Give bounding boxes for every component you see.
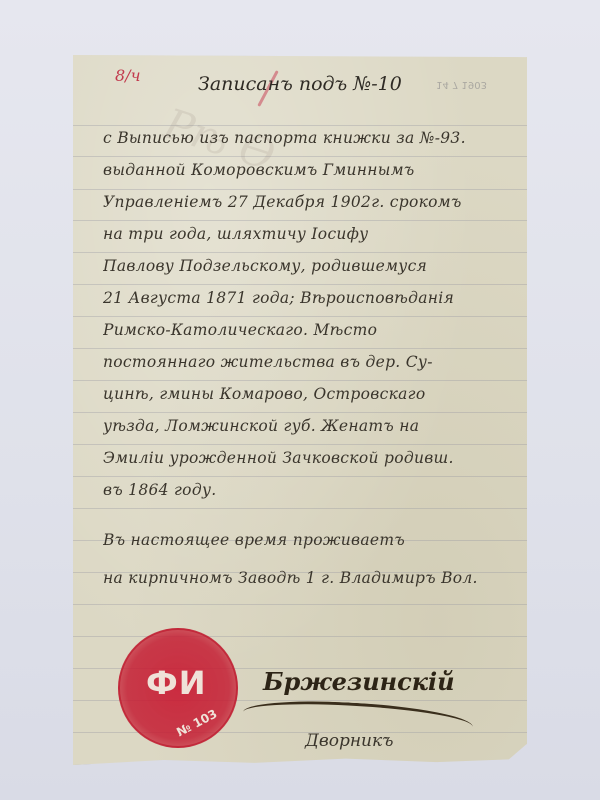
red-pencil-mark: 8/ч bbox=[115, 69, 141, 83]
text-line-14: на кирпичномъ Заводѣ 1 г. Владимиръ Вол. bbox=[103, 569, 515, 587]
ruled-line bbox=[73, 444, 527, 445]
document-sheet: Рѣ Ѳ 14 7 1903 8/ч Записанъ подъ №-10 с … bbox=[73, 55, 527, 765]
ruled-line bbox=[73, 252, 527, 253]
ruled-line bbox=[73, 220, 527, 221]
text-line-1: с Выписью изъ паспорта книжки за №-93. bbox=[103, 129, 515, 147]
ruled-line bbox=[73, 316, 527, 317]
text-line-9: цинѣ, гмины Комарово, Островскаго bbox=[103, 385, 515, 403]
text-line-2: выданной Коморовскимъ Гминнымъ bbox=[103, 161, 515, 179]
official-seal-stamp: ФИ № 103 bbox=[118, 628, 238, 748]
signature: Бржезинскій bbox=[263, 667, 455, 696]
ruled-line bbox=[73, 604, 527, 605]
text-line-4: на три года, шляхтичу Іосифу bbox=[103, 225, 515, 243]
ruled-line bbox=[73, 189, 527, 190]
ruled-line bbox=[73, 125, 527, 126]
ruled-line bbox=[73, 476, 527, 477]
ruled-line bbox=[73, 156, 527, 157]
text-line-10: уѣзда, Ломжинской губ. Женатъ на bbox=[103, 417, 515, 435]
text-line-6: 21 Августа 1871 года; Вѣроисповѣданія bbox=[103, 289, 515, 307]
ruled-line bbox=[73, 508, 527, 509]
signature-title: Дворникъ bbox=[305, 731, 393, 751]
stamp-subtext: № 103 bbox=[174, 707, 219, 740]
ruled-line bbox=[73, 348, 527, 349]
text-line-12: въ 1864 году. bbox=[103, 481, 515, 499]
bleed-through-stamp: 14 7 1903 bbox=[436, 79, 487, 90]
text-line-7: Римско-Католическаго. Мѣсто bbox=[103, 321, 515, 339]
text-line-13: Въ настоящее время проживаетъ bbox=[103, 531, 515, 549]
ruled-line bbox=[73, 284, 527, 285]
ruled-line bbox=[73, 636, 527, 637]
ruled-line bbox=[73, 412, 527, 413]
document-header: Записанъ подъ №-10 bbox=[198, 73, 402, 95]
text-line-3: Управленіемъ 27 Декабря 1902г. срокомъ bbox=[103, 193, 515, 211]
stamp-text: ФИ bbox=[146, 664, 207, 702]
text-line-11: Эмиліи урожденной Зачковской родивш. bbox=[103, 449, 515, 467]
text-line-5: Павлову Подзельскому, родившемуся bbox=[103, 257, 515, 275]
text-line-8: постояннаго жительства въ дер. Су- bbox=[103, 353, 515, 371]
ruled-line bbox=[73, 380, 527, 381]
